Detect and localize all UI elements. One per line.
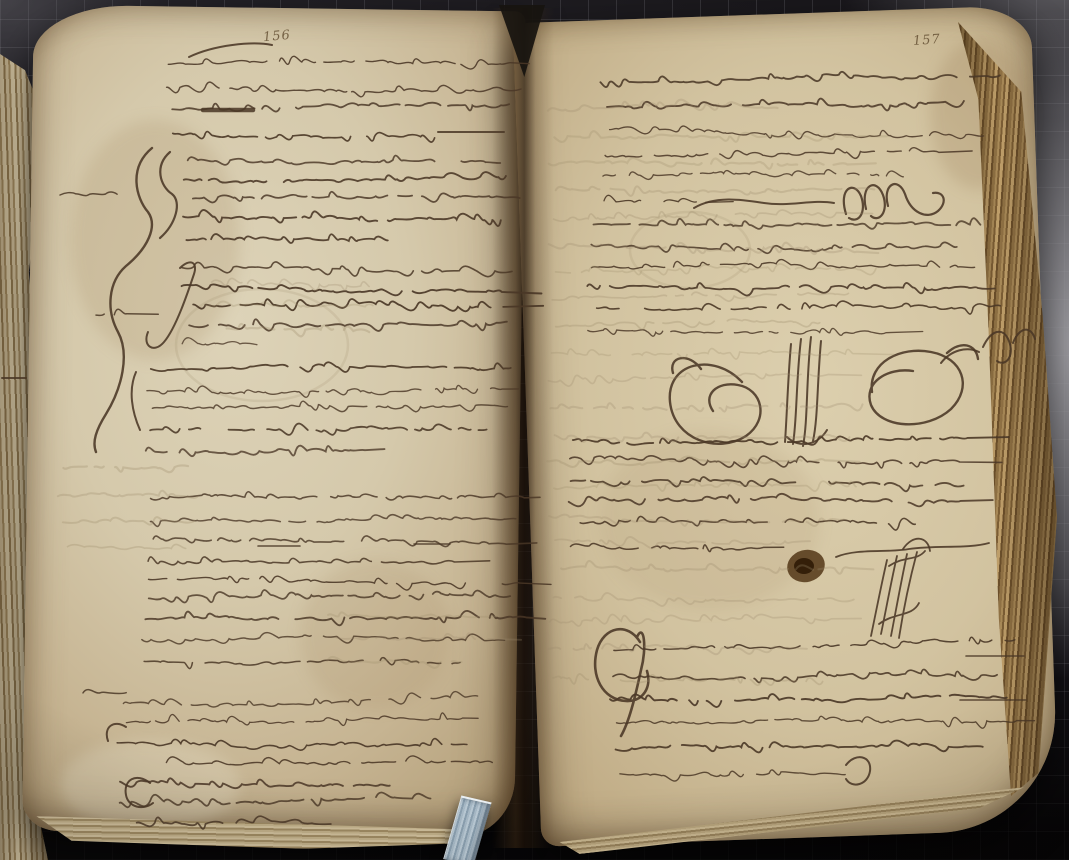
manuscript-photo: 156 157 xyxy=(0,0,1069,860)
paper-stain xyxy=(600,430,820,610)
page-number-left: 156 xyxy=(262,28,291,45)
book-gutter-shadow xyxy=(492,8,554,848)
paper-stain xyxy=(300,560,450,710)
paper-wear-highlight xyxy=(60,740,240,830)
paper-stain xyxy=(70,120,240,360)
left-page xyxy=(22,5,525,838)
page-number-right: 157 xyxy=(913,32,942,49)
